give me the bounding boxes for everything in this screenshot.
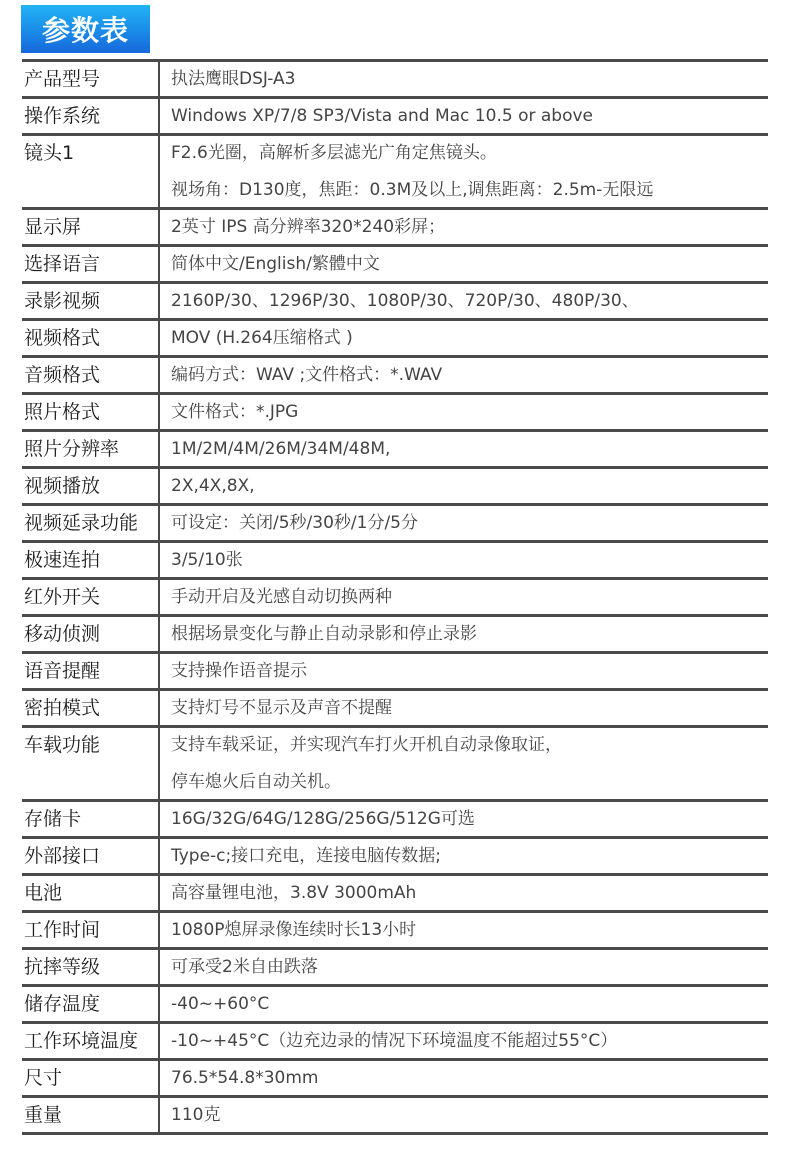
spec-value-line: F2.6光圈，高解析多层滤光广角定焦镜头。 <box>171 136 768 173</box>
spec-row: 密拍模式支持灯号不显示及声音不提醒 <box>22 691 768 728</box>
spec-value: -40~+60°C <box>160 987 768 1021</box>
spec-value: 编码方式：WAV ;文件格式：*.WAV <box>160 358 768 392</box>
spec-label: 语音提醒 <box>22 654 160 688</box>
spec-value: 手动开启及光感自动切换两种 <box>160 580 768 614</box>
spec-value-line: 1080P熄屏录像连续时长13小时 <box>171 913 768 950</box>
spec-value: Windows XP/7/8 SP3/Vista and Mac 10.5 or… <box>160 99 768 133</box>
spec-value-line: 高容量锂电池，3.8V 3000mAh <box>171 876 768 913</box>
spec-value: 110克 <box>160 1098 768 1132</box>
spec-value: 2X,4X,8X, <box>160 469 768 503</box>
spec-row: 抗摔等级可承受2米自由跌落 <box>22 950 768 987</box>
spec-label: 照片分辨率 <box>22 432 160 466</box>
spec-label: 视频播放 <box>22 469 160 503</box>
section-title-banner: 参数表 <box>21 5 150 53</box>
spec-value-line: 支持车载采证，并实现汽车打火开机自动录像取证， <box>171 728 768 765</box>
spec-value: 简体中文/English/繁體中文 <box>160 247 768 281</box>
spec-value-line: -10~+45°C（边充边录的情况下环境温度不能超过55°C） <box>171 1024 768 1061</box>
spec-value-line: 编码方式：WAV ;文件格式：*.WAV <box>171 358 768 395</box>
spec-value-line: 3/5/10张 <box>171 543 768 580</box>
spec-row: 操作系统Windows XP/7/8 SP3/Vista and Mac 10.… <box>22 99 768 136</box>
spec-row: 显示屏2英寸 IPS 高分辨率320*240彩屏； <box>22 210 768 247</box>
spec-row: 移动侦测根据场景变化与静止自动录影和停止录影 <box>22 617 768 654</box>
spec-value-line: 停车熄火后自动关机。 <box>171 765 768 802</box>
spec-row: 重量110克 <box>22 1098 768 1135</box>
spec-label: 重量 <box>22 1098 160 1132</box>
spec-value-line: 文件格式：*.JPG <box>171 395 768 432</box>
spec-table: 产品型号执法鹰眼DSJ-A3操作系统Windows XP/7/8 SP3/Vis… <box>22 59 768 1135</box>
spec-value: 2英寸 IPS 高分辨率320*240彩屏； <box>160 210 768 244</box>
spec-label: 视频格式 <box>22 321 160 355</box>
spec-value: 支持操作语音提示 <box>160 654 768 688</box>
spec-value: 2160P/30、1296P/30、1080P/30、720P/30、480P/… <box>160 284 768 318</box>
spec-row: 工作环境温度-10~+45°C（边充边录的情况下环境温度不能超过55°C） <box>22 1024 768 1061</box>
spec-label: 镜头1 <box>22 136 160 207</box>
section-title: 参数表 <box>42 9 129 49</box>
spec-label: 照片格式 <box>22 395 160 429</box>
spec-value-line: MOV (H.264压缩格式 ) <box>171 321 768 358</box>
spec-label: 产品型号 <box>22 62 160 96</box>
spec-label: 录影视频 <box>22 284 160 318</box>
spec-value-line: 110克 <box>171 1098 768 1135</box>
spec-label: 选择语言 <box>22 247 160 281</box>
spec-value: 1080P熄屏录像连续时长13小时 <box>160 913 768 947</box>
spec-row: 红外开关手动开启及光感自动切换两种 <box>22 580 768 617</box>
spec-row: 照片分辨率1M/2M/4M/26M/34M/48M, <box>22 432 768 469</box>
spec-value: -10~+45°C（边充边录的情况下环境温度不能超过55°C） <box>160 1024 768 1058</box>
spec-value-line: 视场角：D130度，焦距：0.3M及以上,调焦距离：2.5m-无限远 <box>171 173 768 210</box>
spec-label: 储存温度 <box>22 987 160 1021</box>
spec-value: 可承受2米自由跌落 <box>160 950 768 984</box>
spec-value: 高容量锂电池，3.8V 3000mAh <box>160 876 768 910</box>
spec-label: 工作时间 <box>22 913 160 947</box>
spec-label: 工作环境温度 <box>22 1024 160 1058</box>
spec-label: 音频格式 <box>22 358 160 392</box>
spec-row: 视频延录功能可设定：关闭/5秒/30秒/1分/5分 <box>22 506 768 543</box>
spec-label: 密拍模式 <box>22 691 160 725</box>
spec-value: 可设定：关闭/5秒/30秒/1分/5分 <box>160 506 768 540</box>
spec-value: Type-c;接口充电，连接电脑传数据; <box>160 839 768 873</box>
spec-value: 16G/32G/64G/128G/256G/512G可选 <box>160 802 768 836</box>
spec-row: 车载功能支持车载采证，并实现汽车打火开机自动录像取证，停车熄火后自动关机。 <box>22 728 768 802</box>
spec-value-line: 执法鹰眼DSJ-A3 <box>171 62 768 99</box>
spec-value-line: 2160P/30、1296P/30、1080P/30、720P/30、480P/… <box>171 284 768 321</box>
spec-value-line: -40~+60°C <box>171 987 768 1024</box>
spec-value: 1M/2M/4M/26M/34M/48M, <box>160 432 768 466</box>
spec-label: 车载功能 <box>22 728 160 799</box>
spec-label: 尺寸 <box>22 1061 160 1095</box>
spec-row: 工作时间1080P熄屏录像连续时长13小时 <box>22 913 768 950</box>
spec-value-line: 可承受2米自由跌落 <box>171 950 768 987</box>
spec-row: 电池高容量锂电池，3.8V 3000mAh <box>22 876 768 913</box>
spec-label: 显示屏 <box>22 210 160 244</box>
spec-value: 76.5*54.8*30mm <box>160 1061 768 1095</box>
spec-value-line: 2英寸 IPS 高分辨率320*240彩屏； <box>171 210 768 247</box>
spec-row: 存储卡16G/32G/64G/128G/256G/512G可选 <box>22 802 768 839</box>
spec-value-line: Windows XP/7/8 SP3/Vista and Mac 10.5 or… <box>171 99 768 136</box>
spec-row: 录影视频2160P/30、1296P/30、1080P/30、720P/30、4… <box>22 284 768 321</box>
spec-label: 存储卡 <box>22 802 160 836</box>
spec-value-line: 支持灯号不显示及声音不提醒 <box>171 691 768 728</box>
spec-value: MOV (H.264压缩格式 ) <box>160 321 768 355</box>
spec-value: 根据场景变化与静止自动录影和停止录影 <box>160 617 768 651</box>
spec-value-line: 简体中文/English/繁體中文 <box>171 247 768 284</box>
spec-value: 执法鹰眼DSJ-A3 <box>160 62 768 96</box>
spec-label: 移动侦测 <box>22 617 160 651</box>
spec-row: 极速连拍3/5/10张 <box>22 543 768 580</box>
spec-value: 支持车载采证，并实现汽车打火开机自动录像取证，停车熄火后自动关机。 <box>160 728 768 799</box>
spec-label: 抗摔等级 <box>22 950 160 984</box>
spec-value-line: 根据场景变化与静止自动录影和停止录影 <box>171 617 768 654</box>
spec-value-line: 16G/32G/64G/128G/256G/512G可选 <box>171 802 768 839</box>
spec-value: 支持灯号不显示及声音不提醒 <box>160 691 768 725</box>
spec-row: 储存温度-40~+60°C <box>22 987 768 1024</box>
spec-value-line: 支持操作语音提示 <box>171 654 768 691</box>
spec-label: 电池 <box>22 876 160 910</box>
spec-label: 视频延录功能 <box>22 506 160 540</box>
spec-row: 视频播放2X,4X,8X, <box>22 469 768 506</box>
spec-row: 照片格式文件格式：*.JPG <box>22 395 768 432</box>
spec-value-line: 76.5*54.8*30mm <box>171 1061 768 1098</box>
spec-label: 红外开关 <box>22 580 160 614</box>
spec-row: 音频格式编码方式：WAV ;文件格式：*.WAV <box>22 358 768 395</box>
spec-value: 文件格式：*.JPG <box>160 395 768 429</box>
spec-row: 镜头1F2.6光圈，高解析多层滤光广角定焦镜头。视场角：D130度，焦距：0.3… <box>22 136 768 210</box>
spec-value-line: 2X,4X,8X, <box>171 469 768 506</box>
spec-row: 视频格式MOV (H.264压缩格式 ) <box>22 321 768 358</box>
spec-label: 极速连拍 <box>22 543 160 577</box>
spec-value: 3/5/10张 <box>160 543 768 577</box>
spec-value-line: Type-c;接口充电，连接电脑传数据; <box>171 839 768 876</box>
spec-value-line: 1M/2M/4M/26M/34M/48M, <box>171 432 768 469</box>
spec-row: 尺寸76.5*54.8*30mm <box>22 1061 768 1098</box>
spec-row: 语音提醒支持操作语音提示 <box>22 654 768 691</box>
spec-row: 外部接口Type-c;接口充电，连接电脑传数据; <box>22 839 768 876</box>
spec-label: 外部接口 <box>22 839 160 873</box>
spec-value-line: 手动开启及光感自动切换两种 <box>171 580 768 617</box>
spec-value: F2.6光圈，高解析多层滤光广角定焦镜头。视场角：D130度，焦距：0.3M及以… <box>160 136 768 207</box>
spec-row: 选择语言简体中文/English/繁體中文 <box>22 247 768 284</box>
spec-value-line: 可设定：关闭/5秒/30秒/1分/5分 <box>171 506 768 543</box>
spec-row: 产品型号执法鹰眼DSJ-A3 <box>22 62 768 99</box>
spec-label: 操作系统 <box>22 99 160 133</box>
